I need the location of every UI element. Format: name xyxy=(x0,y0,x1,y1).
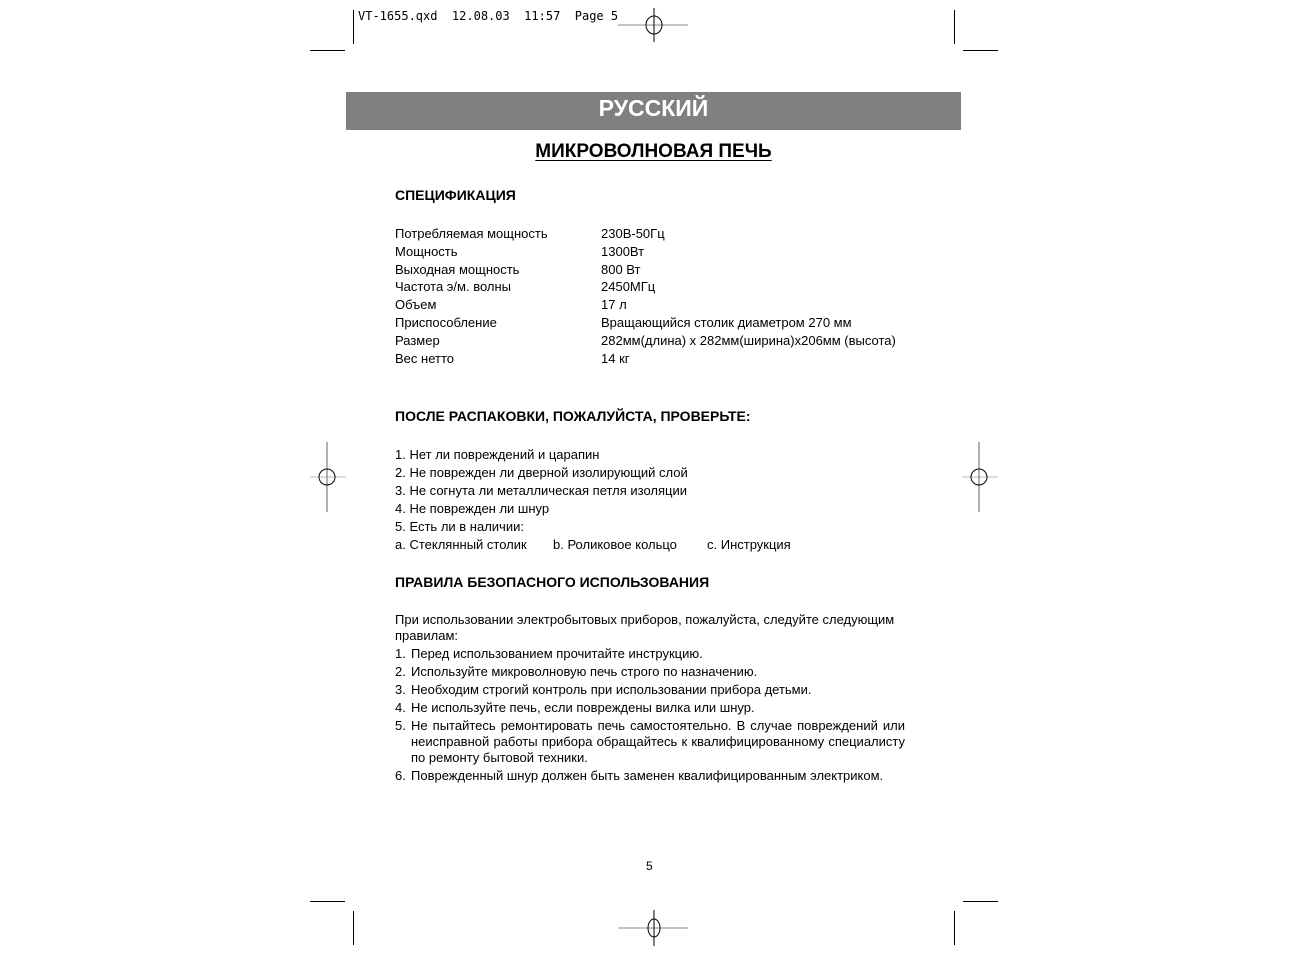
list-item: 5. Есть ли в наличии: xyxy=(395,518,905,536)
item-number: 1. xyxy=(395,646,411,662)
page-number: 5 xyxy=(646,859,653,873)
crop-mark xyxy=(310,50,345,51)
spec-key: Потребляемая мощность xyxy=(395,225,601,243)
rules-intro: При использовании электробытовых приборо… xyxy=(395,612,905,644)
crop-mark xyxy=(353,911,354,945)
spec-value: 1300Вт xyxy=(601,243,644,261)
spec-value: 17 л xyxy=(601,296,627,314)
check-list: 1. Нет ли повреждений и царапин 2. Не по… xyxy=(395,446,905,554)
item-number: 6. xyxy=(395,768,411,784)
crop-mark xyxy=(353,10,354,44)
rules-heading: ПРАВИЛА БЕЗОПАСНОГО ИСПОЛЬЗОВАНИЯ xyxy=(395,574,709,590)
spec-key: Вес нетто xyxy=(395,350,601,368)
accessory: c. Инструкция xyxy=(707,536,791,554)
spec-heading: СПЕЦИФИКАЦИЯ xyxy=(395,187,516,203)
registration-mark-icon xyxy=(960,442,1000,512)
spec-row: Объем17 л xyxy=(395,296,896,314)
accessories-row: a. Стеклянный столик b. Роликовое кольцо… xyxy=(395,536,905,554)
spec-value: Вращающийся столик диаметром 270 мм xyxy=(601,314,852,332)
file-slug: VT-1655.qxd 12.08.03 11:57 Page 5 xyxy=(358,9,618,23)
spec-row: Потребляемая мощность230В-50Гц xyxy=(395,225,896,243)
list-item: 3. Не согнута ли металлическая петля изо… xyxy=(395,482,905,500)
spec-value: 800 Вт xyxy=(601,261,641,279)
accessory: b. Роликовое кольцо xyxy=(553,536,707,554)
spec-key: Частота э/м. волны xyxy=(395,278,601,296)
list-item: 2.Используйте микроволновую печь строго … xyxy=(395,664,905,680)
item-number: 5. xyxy=(395,718,411,766)
spec-value: 2450МГц xyxy=(601,278,655,296)
spec-value: 230В-50Гц xyxy=(601,225,665,243)
crop-mark xyxy=(310,901,345,902)
item-number: 2. xyxy=(395,664,411,680)
registration-mark-icon xyxy=(618,910,690,946)
spec-value: 14 кг xyxy=(601,350,630,368)
page-title: МИКРОВОЛНОВАЯ ПЕЧЬ xyxy=(346,141,961,163)
list-item: 4.Не используйте печь, если повреждены в… xyxy=(395,700,905,716)
crop-mark xyxy=(963,50,998,51)
list-item: 1. Нет ли повреждений и царапин xyxy=(395,446,905,464)
spec-table: Потребляемая мощность230В-50Гц Мощность1… xyxy=(395,225,896,367)
list-item: 5.Не пытайтесь ремонтировать печь самост… xyxy=(395,718,905,766)
spec-value: 282мм(длина) x 282мм(ширина)x206мм (высо… xyxy=(601,332,896,350)
crop-mark xyxy=(963,901,998,902)
spec-row: Вес нетто14 кг xyxy=(395,350,896,368)
spec-row: Мощность1300Вт xyxy=(395,243,896,261)
list-item: 2. Не поврежден ли дверной изолирующий с… xyxy=(395,464,905,482)
item-text: Необходим строгий контроль при использов… xyxy=(411,682,905,698)
list-item: 6.Поврежденный шнур должен быть заменен … xyxy=(395,768,905,784)
item-text: Перед использованием прочитайте инструкц… xyxy=(411,646,905,662)
list-item: 4. Не поврежден ли шнур xyxy=(395,500,905,518)
list-item: 1.Перед использованием прочитайте инстру… xyxy=(395,646,905,662)
spec-key: Размер xyxy=(395,332,601,350)
crop-mark xyxy=(954,10,955,44)
spec-key: Приспособление xyxy=(395,314,601,332)
item-number: 3. xyxy=(395,682,411,698)
item-text: Поврежденный шнур должен быть заменен кв… xyxy=(411,768,905,784)
spec-row: Размер282мм(длина) x 282мм(ширина)x206мм… xyxy=(395,332,896,350)
registration-mark-icon xyxy=(618,8,690,42)
spec-key: Выходная мощность xyxy=(395,261,601,279)
accessory: a. Стеклянный столик xyxy=(395,536,553,554)
spec-row: Частота э/м. волны2450МГц xyxy=(395,278,896,296)
item-number: 4. xyxy=(395,700,411,716)
rules-section: При использовании электробытовых приборо… xyxy=(395,612,905,784)
list-item: 3.Необходим строгий контроль при использ… xyxy=(395,682,905,698)
check-heading: ПОСЛЕ РАСПАКОВКИ, ПОЖАЛУЙСТА, ПРОВЕРЬТЕ: xyxy=(395,408,751,424)
spec-row: ПриспособлениеВращающийся столик диаметр… xyxy=(395,314,896,332)
crop-mark xyxy=(954,911,955,945)
item-text: Используйте микроволновую печь строго по… xyxy=(411,664,905,680)
registration-mark-icon xyxy=(308,442,348,512)
language-banner: РУССКИЙ xyxy=(346,92,961,130)
spec-key: Мощность xyxy=(395,243,601,261)
spec-key: Объем xyxy=(395,296,601,314)
spec-row: Выходная мощность800 Вт xyxy=(395,261,896,279)
item-text: Не используйте печь, если повреждены вил… xyxy=(411,700,905,716)
item-text: Не пытайтесь ремонтировать печь самостоя… xyxy=(411,718,905,766)
